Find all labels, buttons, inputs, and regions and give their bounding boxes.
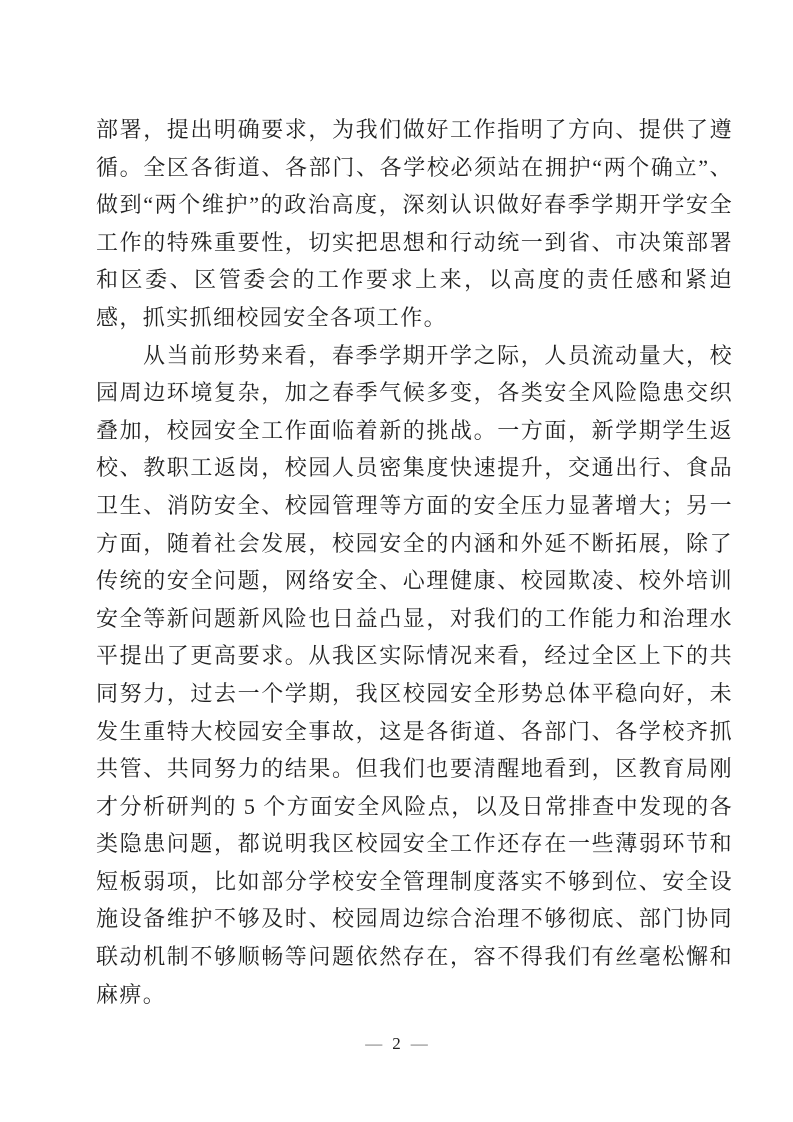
document-page: 部署，提出明确要求，为我们做好工作指明了方向、提供了遵循。全区各街道、各部门、各… (0, 0, 793, 1122)
page-number-dash-right: — (411, 1034, 428, 1053)
page-footer: —2— (0, 1033, 793, 1055)
paragraph-continuation: 部署，提出明确要求，为我们做好工作指明了方向、提供了遵循。全区各街道、各部门、各… (96, 111, 733, 337)
page-number-dash-left: — (365, 1034, 382, 1053)
page-number: 2 (392, 1034, 401, 1053)
document-body: 部署，提出明确要求，为我们做好工作指明了方向、提供了遵循。全区各街道、各部门、各… (96, 111, 733, 1013)
paragraph-current-situation: 从当前形势来看，春季学期开学之际，人员流动量大，校园周边环境复杂，加之春季气候多… (96, 337, 733, 1014)
